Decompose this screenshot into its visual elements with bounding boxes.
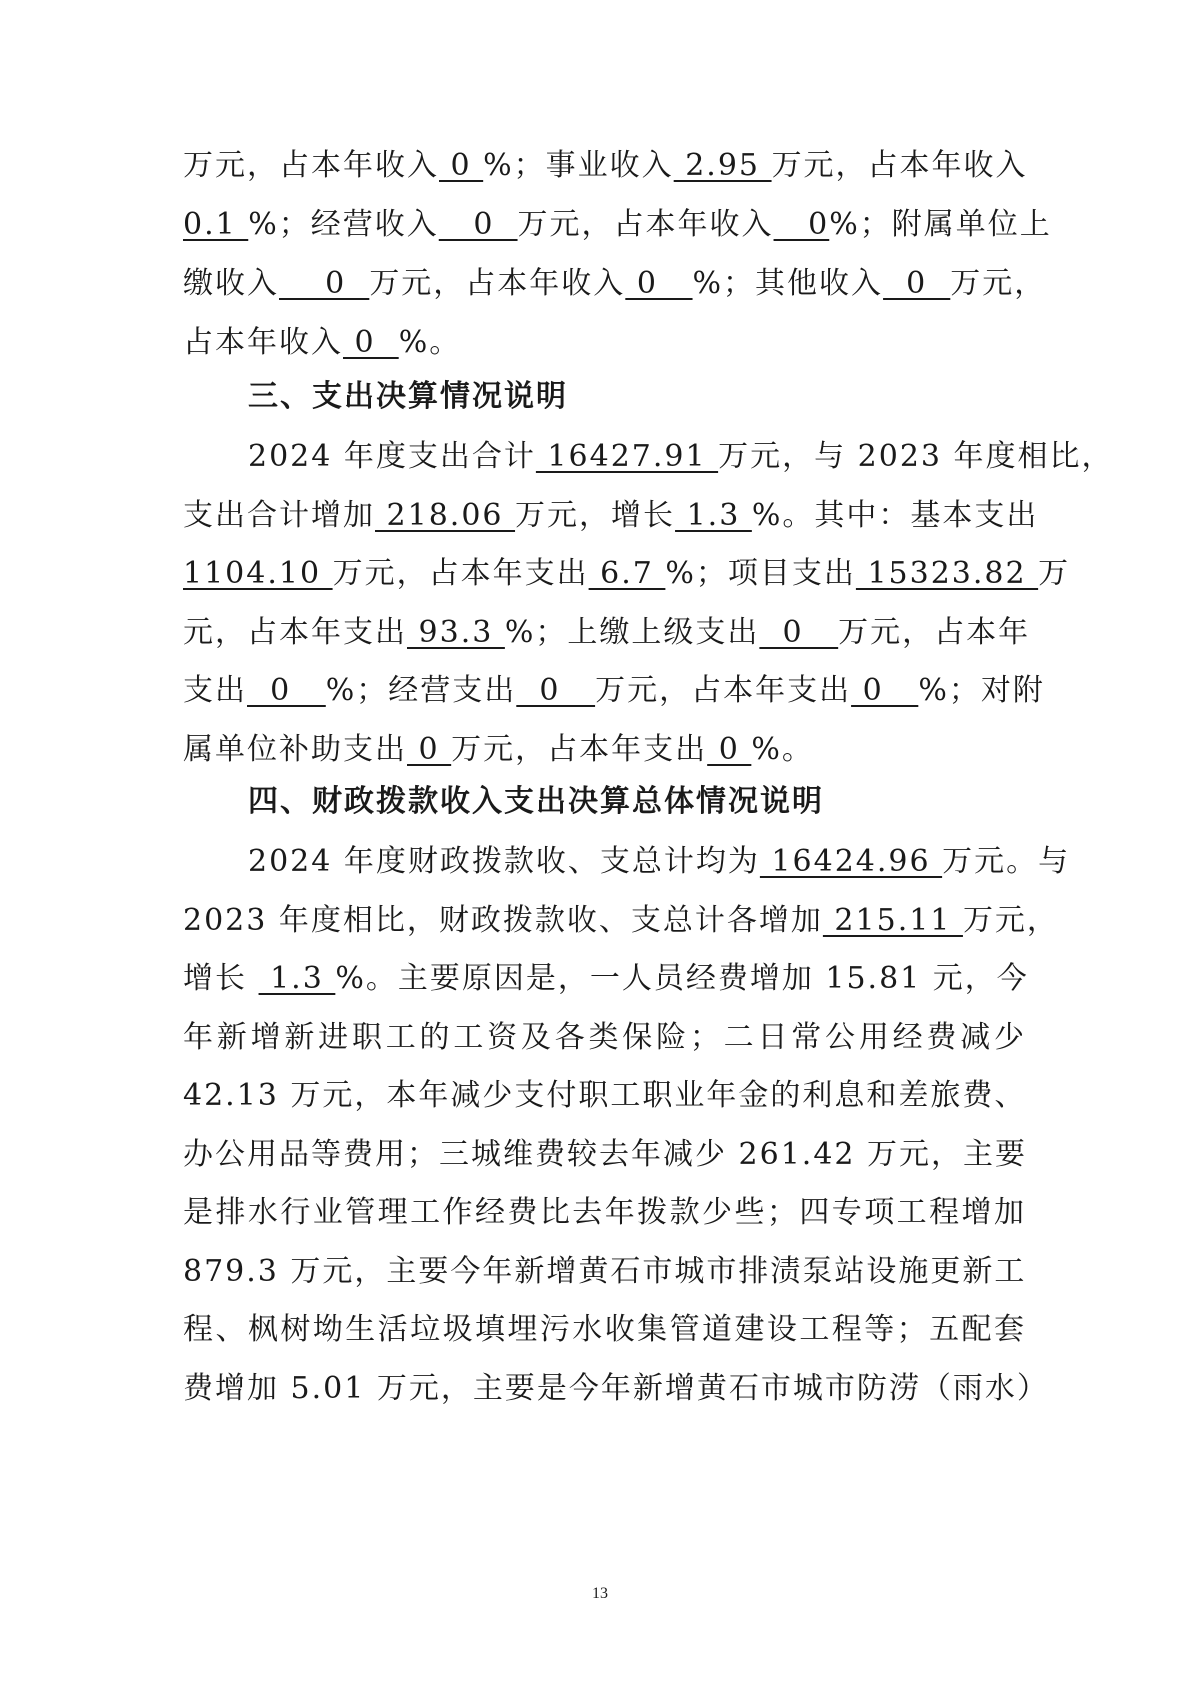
fill-in-value: 16424.96 [760,844,942,879]
document-page: 万元，占本年收入 0 %；事业收入 2.95 万元，占本年收入0.1 %；经营收… [0,0,1200,1697]
text-run: 879.3 万元，主要今年新增黄石市城市排渍泵站设施更新工 [183,1254,1026,1289]
text-run: %；经营收入 [248,207,439,242]
text-run: %；上缴上级支出 [505,615,760,650]
text-run: %。其中：基本支出 [752,498,1039,533]
fill-in-value: 0 [407,732,451,767]
text-line: 增长 1.3 %。主要原因是，一人员经费增加 15.81 元，今 [183,959,1026,999]
fill-in-value: 0 [516,673,595,708]
text-run: 万元， [963,903,1059,938]
text-run: 办公用品等费用；三城维费较去年减少 261.42 万元，主要 [183,1137,1027,1172]
text-line: 支出合计增加 218.06 万元，增长 1.3 %。其中：基本支出 [183,496,1026,536]
text-run: 费增加 5.01 万元，主要是今年新增黄石市城市防涝（雨水） [183,1371,1049,1406]
text-run: 元，占本年支出 [183,615,407,650]
text-run: 万元，占本年支出 [333,556,589,591]
text-run: 是排水行业管理工作经费比去年拨款少些；四专项工程增加 [183,1195,1026,1230]
fill-in-value: 218.06 [375,498,515,533]
section-heading-fiscal-appropriation: 四、财政拨款收入支出决算总体情况说明 [248,782,824,822]
text-run: 万元，占本年 [838,615,1030,650]
fill-in-value: 1104.10 [183,556,333,591]
text-run: %。主要原因是，一人员经费增加 15.81 元，今 [335,961,1028,996]
text-line: 是排水行业管理工作经费比去年拨款少些；四专项工程增加 [183,1193,1026,1233]
text-run: 万元，占本年支出 [451,732,707,767]
text-line: 1104.10 万元，占本年支出 6.7 %；项目支出 15323.82 万 [183,554,1026,594]
fill-in-value: 0 [625,266,692,301]
text-line: 办公用品等费用；三城维费较去年减少 261.42 万元，主要 [183,1135,1026,1175]
fill-in-value: 0 [774,207,830,242]
text-run: 支出合计增加 [183,498,375,533]
text-run: 万元， [950,266,1046,301]
fill-in-value: 15323.82 [856,556,1038,591]
text-line: 属单位补助支出 0 万元，占本年支出 0 %。 [183,730,1026,770]
text-line: 2024 年度财政拨款收、支总计均为 16424.96 万元。与 [248,842,1026,882]
text-run: %；经营支出 [326,673,517,708]
text-run: 万 [1038,556,1070,591]
text-run: 万元，占本年收入 [369,266,625,301]
text-line: 42.13 万元，本年减少支付职工职业年金的利息和差旅费、 [183,1076,1026,1116]
fill-in-value: 16427.91 [536,439,718,474]
text-run: 属单位补助支出 [183,732,407,767]
fill-in-value: 0 [883,266,950,301]
text-run: %；其他收入 [693,266,884,301]
text-run: 万元，增长 [515,498,675,533]
text-line: 程、枫树坳生活垃圾填埋污水收集管道建设工程等；五配套 [183,1310,1026,1350]
text-line: 879.3 万元，主要今年新增黄石市城市排渍泵站设施更新工 [183,1252,1026,1292]
fill-in-value: 0 [759,615,838,650]
fill-in-value: 0 [851,673,918,708]
text-line: 年新增新进职工的工资及各类保险；二日常公用经费减少 [183,1018,1026,1058]
text-run: 万元，占本年收入 [183,148,439,183]
text-line: 占本年收入 0 %。 [183,323,1026,363]
fill-in-value: 1.3 [259,961,336,996]
text-run: 万元，占本年支出 [595,673,851,708]
text-run: 支出 [183,673,247,708]
text-line: 万元，占本年收入 0 %；事业收入 2.95 万元，占本年收入 [183,146,1026,186]
text-run: 增长 [183,961,259,996]
fill-in-value: 2.95 [674,148,772,183]
text-run: 万元，占本年收入 [772,148,1028,183]
fill-in-value: 0 [343,325,399,360]
text-line: 支出 0 %；经营支出 0 万元，占本年支出 0 %；对附 [183,671,1026,711]
text-line: 费增加 5.01 万元，主要是今年新增黄石市城市防涝（雨水） [183,1369,1026,1409]
fill-in-value: 0 [439,148,483,183]
fill-in-value: 0 [439,207,518,242]
fill-in-value: 0 [707,732,751,767]
fill-in-value: 215.11 [823,903,963,938]
text-line: 2023 年度相比，财政拨款收、支总计各增加 215.11 万元， [183,901,1026,941]
fill-in-value: 93.3 [407,615,505,650]
page-number: 13 [0,1585,1200,1603]
fill-in-value: 0.1 [183,207,248,242]
text-line: 缴收入 0 万元，占本年收入 0 %；其他收入 0 万元， [183,264,1026,304]
text-run: 2024 年度支出合计 [248,439,536,474]
text-run: 年新增新进职工的工资及各类保险；二日常公用经费减少 [183,1020,1026,1055]
fill-in-value: 0 [247,673,326,708]
section-heading-expenditure: 三、支出决算情况说明 [248,377,568,417]
text-run: %。 [751,732,814,767]
text-run: %。 [399,325,462,360]
text-run: %；对附 [918,673,1045,708]
text-run: 42.13 万元，本年减少支付职工职业年金的利息和差旅费、 [183,1078,1026,1113]
text-run: 缴收入 [183,266,279,301]
text-line: 元，占本年支出 93.3 %；上缴上级支出 0 万元，占本年 [183,613,1026,653]
text-run: 万元，与 2023 年度相比， [718,439,1113,474]
text-run: 万元。与 [942,844,1070,879]
fill-in-value: 1.3 [675,498,752,533]
text-line: 0.1 %；经营收入 0 万元，占本年收入 0%；附属单位上 [183,205,1026,245]
text-run: 万元，占本年收入 [518,207,774,242]
text-run: %；事业收入 [483,148,674,183]
text-run: 程、枫树坳生活垃圾填埋污水收集管道建设工程等；五配套 [183,1312,1026,1347]
text-line: 2024 年度支出合计 16427.91 万元，与 2023 年度相比， [248,437,1026,477]
text-run: 2023 年度相比，财政拨款收、支总计各增加 [183,903,823,938]
text-run: 2024 年度财政拨款收、支总计均为 [248,844,760,879]
text-run: %；附属单位上 [829,207,1052,242]
text-run: %；项目支出 [665,556,856,591]
fill-in-value: 0 [279,266,369,301]
fill-in-value: 6.7 [589,556,666,591]
text-run: 占本年收入 [183,325,343,360]
